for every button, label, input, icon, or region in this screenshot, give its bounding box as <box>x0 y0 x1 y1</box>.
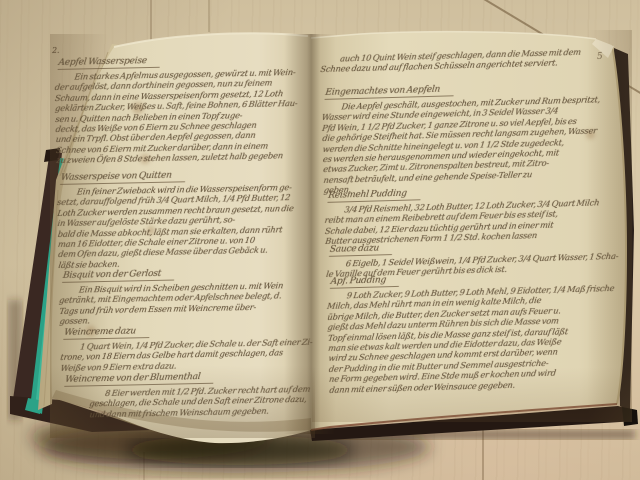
recipe-heading: Sauce dazu <box>329 243 394 257</box>
recipe-paragraph: 9 Loth Zucker, 9 Loth Butter, 9 Loth Meh… <box>327 282 638 395</box>
page-number: 5 <box>597 52 603 62</box>
recipe-heading: Reismehl Pudding <box>327 188 421 203</box>
recipe-paragraph: Ein starkes Apfelmus ausgegossen, gewürz… <box>55 67 319 166</box>
recipe-heading: Apf. Pudding <box>330 275 401 289</box>
recipe-paragraph: 8 Eier werden mit 1/2 Pfd. Zucker recht … <box>61 383 324 420</box>
left-page-text: 2. Aepfel Wasserspeise Ein starkes Apfel… <box>54 43 324 440</box>
recipe-section: Aepfel Wasserspeise Ein starkes Apfelmus… <box>54 45 318 166</box>
right-page-text: auch 10 Quint Wein steif geschlagen, dan… <box>320 41 638 409</box>
recipe-section: Wasserspeise von Quitten Ein feiner Zwie… <box>56 159 320 270</box>
recipe-section: Weincreme von der Blumenthal 8 Eier werd… <box>61 361 324 420</box>
recipe-section: Apf. Pudding 9 Loth Zucker, 9 Loth Butte… <box>326 260 637 395</box>
recipe-heading: Weincreme von der Blumenthal <box>64 372 215 387</box>
continuation-paragraph: auch 10 Quint Wein steif geschlagen, dan… <box>320 43 629 74</box>
recipe-heading: Bisquit von der Gerlost <box>62 269 176 283</box>
recipe-heading: Eingemachtes von Aepfeln <box>325 84 455 100</box>
recipe-heading: Weincreme dazu <box>63 326 150 340</box>
recipe-paragraph: Ein feiner Zwieback wird in die Wassersp… <box>57 181 321 270</box>
recipe-heading: Aepfel Wasserspeise <box>58 56 162 70</box>
recipe-heading: Wasserspeise von Quitten <box>60 170 186 185</box>
photo-scene: 2. Aepfel Wasserspeise Ein starkes Apfel… <box>0 0 640 480</box>
recipe-paragraph: auch 10 Quint Wein steif geschlagen, dan… <box>320 45 628 74</box>
